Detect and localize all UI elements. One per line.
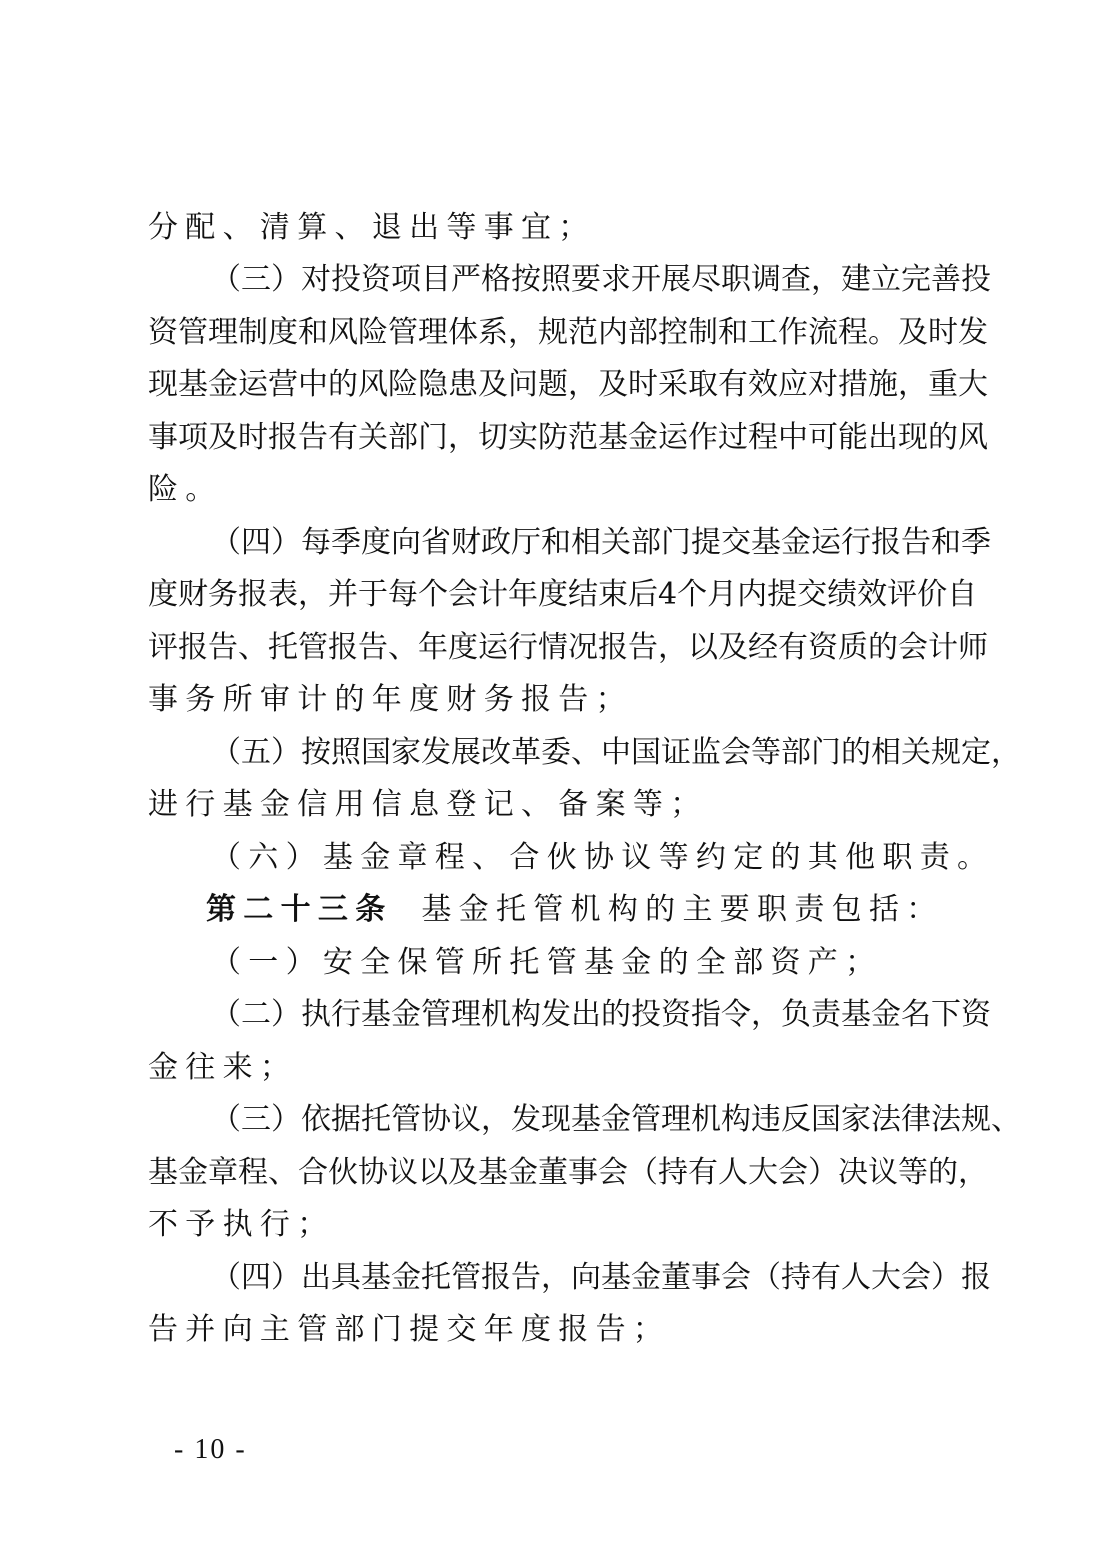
- text-line: （一）安全保管所托管基金的全部资产；: [211, 943, 970, 983]
- text-line: 评报告、托管报告、年度运行情况报告，以及经有资质的会计师: [148, 628, 970, 668]
- document-page: 分配、清算、退出等事宜； （三）对投资项目严格按照要求开展尽职调查，建立完善投 …: [0, 0, 1102, 1559]
- text-line: 资管理制度和风险管理体系，规范内部控制和工作流程。及时发: [148, 313, 970, 353]
- text-line: （四）出具基金托管报告，向基金董事会（持有人大会）报: [211, 1258, 970, 1298]
- text-line: 分配、清算、退出等事宜；: [148, 208, 970, 248]
- text-line: 度财务报表，并于每个会计年度结束后4个月内提交绩效评价自: [148, 575, 970, 615]
- text-line: 事项及时报告有关部门，切实防范基金运作过程中可能出现的风: [148, 418, 970, 458]
- text-line: 基金章程、合伙协议以及基金董事会（持有人大会）决议等的，: [148, 1153, 970, 1193]
- text-line: （三）对投资项目严格按照要求开展尽职调查，建立完善投: [211, 260, 970, 300]
- text-line: （四）每季度向省财政厅和相关部门提交基金运行报告和季: [211, 523, 970, 563]
- text-line: 金往来；: [148, 1048, 970, 1088]
- text-line: （三）依据托管协议，发现基金管理机构违反国家法律法规、: [211, 1100, 970, 1140]
- page-number: - 10 -: [174, 1432, 247, 1468]
- text-line: 险。: [148, 470, 970, 510]
- article-heading: 第二十三条: [206, 892, 393, 927]
- text-line: 事务所审计的年度财务报告；: [148, 680, 970, 720]
- text-line: 进行基金信用信息登记、备案等；: [148, 785, 970, 825]
- text-line: （五）按照国家发展改革委、中国证监会等部门的相关规定，: [211, 733, 970, 773]
- article-body: 基金托管机构的主要职责包括：: [421, 892, 943, 927]
- text-line: 告并向主管部门提交年度报告；: [148, 1310, 970, 1350]
- text-line: （六）基金章程、合伙协议等约定的其他职责。: [211, 838, 970, 878]
- text-line: 不予执行；: [148, 1205, 970, 1245]
- text-line: 现基金运营中的风险隐患及问题，及时采取有效应对措施，重大: [148, 365, 970, 405]
- article-line: 第二十三条 基金托管机构的主要职责包括：: [206, 890, 970, 930]
- text-line: （二）执行基金管理机构发出的投资指令，负责基金名下资: [211, 995, 970, 1035]
